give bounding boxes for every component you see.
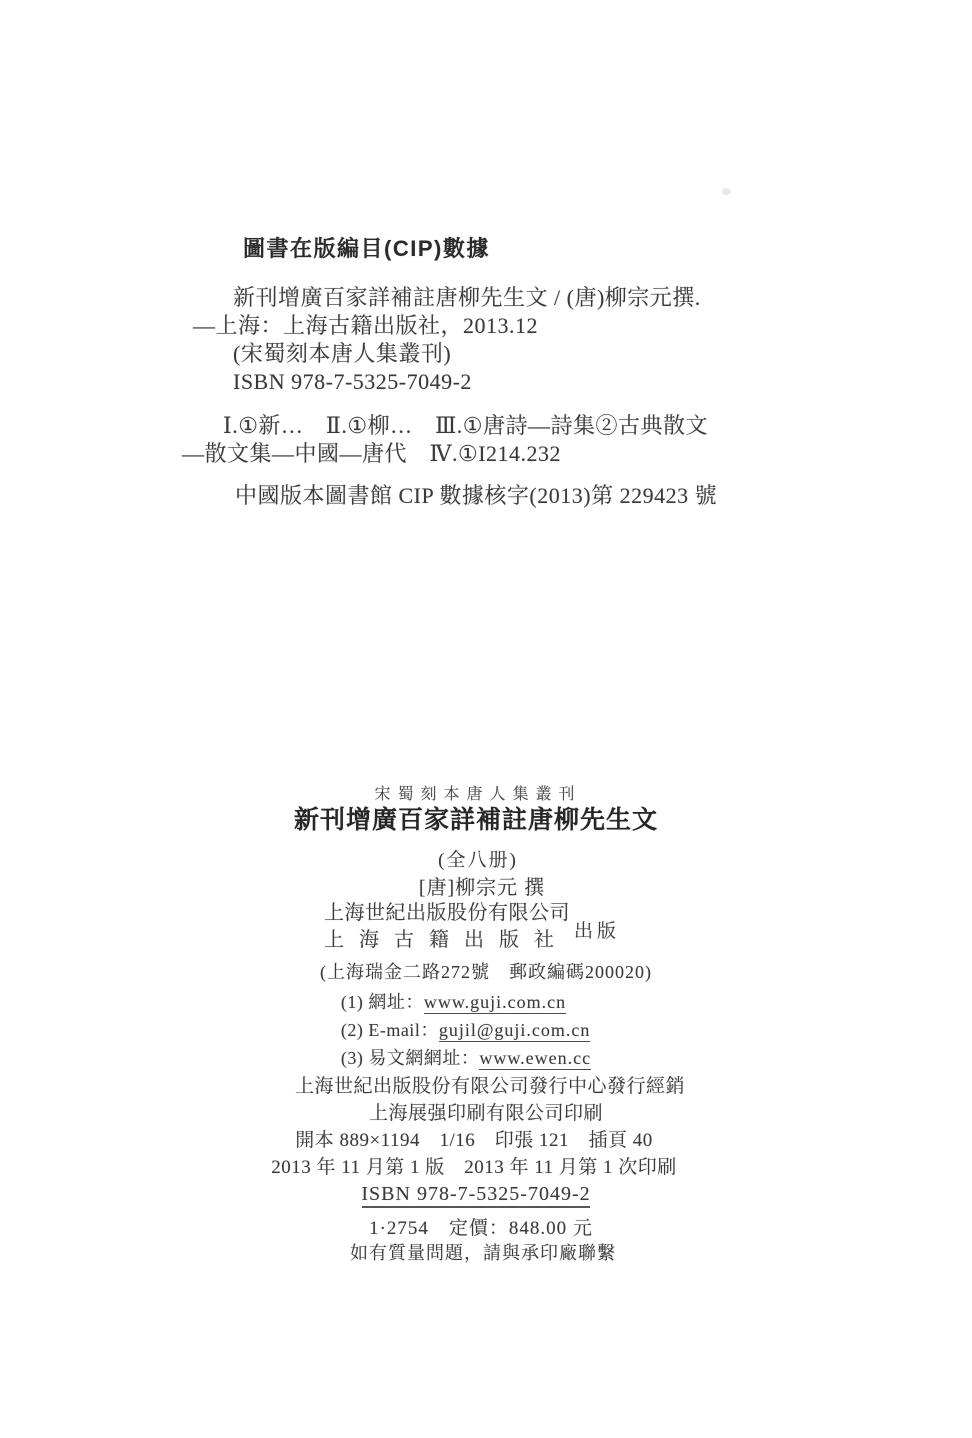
format-line: 開本 889×1194 1/16 印張 121 插頁 40 bbox=[0, 1125, 960, 1152]
contact-ewen-website: (3) 易文網網址：www.ewen.cc bbox=[341, 1044, 591, 1072]
contact-email-address: gujil@guji.com.cn bbox=[439, 1020, 591, 1042]
publisher-name: 上海古籍出版社 bbox=[324, 927, 570, 953]
contact-url: www.guji.com.cn bbox=[424, 992, 566, 1014]
contact-list: (1) 網址：www.guji.com.cn (2) E-mail：gujil@… bbox=[0, 988, 952, 1072]
edition-line: 2013 年 11 月第 1 版 2013 年 11 月第 1 次印刷 bbox=[0, 1152, 960, 1179]
divider-rule bbox=[362, 1206, 590, 1208]
contact-label: (2) E-mail： bbox=[341, 1020, 439, 1040]
contact-label: (3) 易文網網址： bbox=[341, 1048, 480, 1068]
contact-label: (1) 網址： bbox=[341, 992, 424, 1012]
publisher-block: 上海世紀出版股份有限公司 上海古籍出版社 出版 bbox=[0, 901, 958, 953]
publish-label: 出版 bbox=[574, 916, 620, 943]
book-copyright-page: 圖書在版編目(CIP)數據 新刊增廣百家詳補註唐柳先生文 / (唐)柳宗元撰. … bbox=[0, 0, 972, 1438]
book-title: 新刊增廣百家詳補註唐柳先生文 bbox=[0, 806, 962, 835]
series-name: 宋蜀刻本唐人集叢刊 bbox=[0, 781, 964, 804]
quality-notice: 如有質量問題，請與承印廠聯繫 bbox=[0, 1239, 969, 1265]
price-line: 1·2754 定價：848.00 元 bbox=[0, 1213, 967, 1240]
publisher-address: (上海瑞金二路272號 郵政編碼200020) bbox=[0, 958, 972, 984]
publisher-group: 上海世紀出版股份有限公司 bbox=[324, 901, 570, 925]
contact-url: www.ewen.cc bbox=[479, 1048, 591, 1070]
volume-count: (全八册) bbox=[0, 845, 964, 872]
distribution-line: 上海世紀出版股份有限公司發行中心發行經銷 bbox=[4, 1071, 972, 1098]
contact-email: (2) E-mail：gujil@guji.com.cn bbox=[341, 1016, 591, 1044]
printing-line: 上海展强印刷有限公司印刷 bbox=[0, 1098, 972, 1125]
colophon-section: 宋蜀刻本唐人集叢刊 新刊增廣百家詳補註唐柳先生文 (全八册) [唐]柳宗元 撰 … bbox=[0, 0, 972, 1438]
isbn-line: ISBN 978-7-5325-7049-2 bbox=[0, 1183, 962, 1206]
contact-website: (1) 網址：www.guji.com.cn bbox=[341, 988, 591, 1016]
author-line: [唐]柳宗元 撰 bbox=[0, 871, 968, 900]
